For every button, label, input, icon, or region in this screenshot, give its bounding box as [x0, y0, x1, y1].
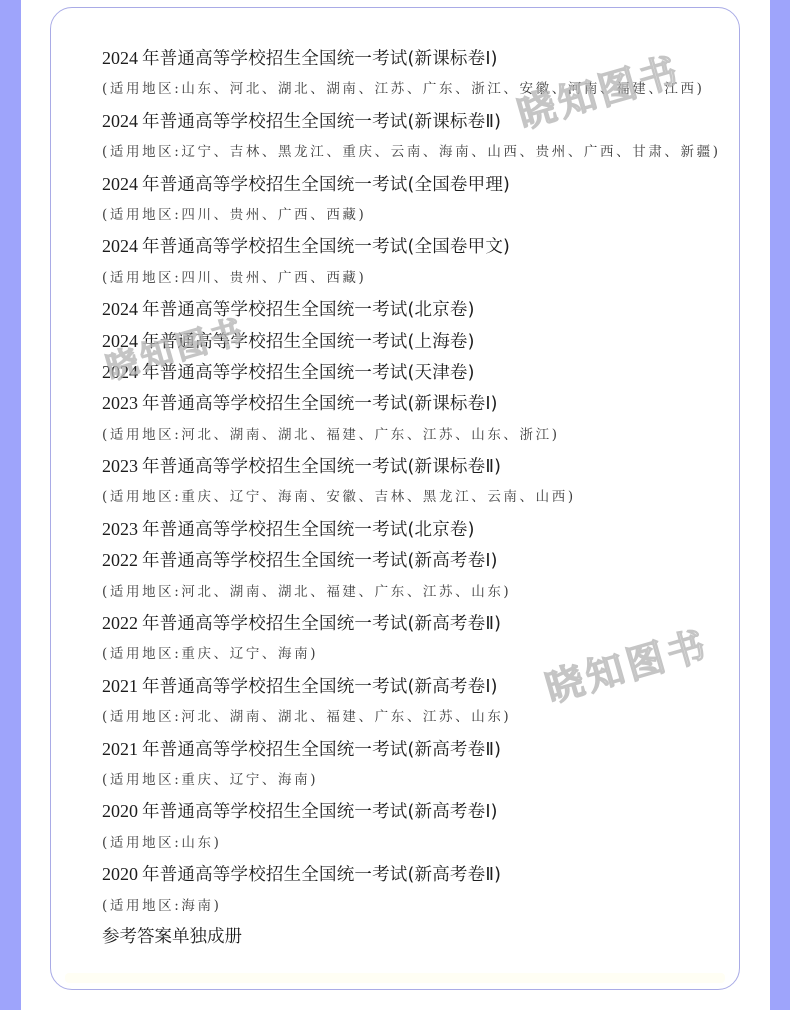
exam-title: 2024年普通高等学校招生全国统一考试(北京卷) — [102, 294, 722, 325]
exam-region: (适用地区:重庆、辽宁、海南、安徽、吉林、黑龙江、云南、山西) — [102, 482, 722, 513]
exam-name: 年普通高等学校招生全国统一考试(新高考卷Ⅱ) — [142, 614, 501, 634]
right-side-band — [770, 0, 790, 1010]
exam-year: 2024 — [102, 111, 138, 131]
left-side-band — [0, 0, 21, 1010]
exam-region: (适用地区:四川、贵州、广西、西藏) — [102, 263, 722, 294]
exam-year: 2022 — [102, 550, 138, 570]
exam-title: 2024年普通高等学校招生全国统一考试(上海卷) — [102, 326, 722, 357]
exam-name: 年普通高等学校招生全国统一考试(新高考卷Ⅱ) — [142, 740, 501, 760]
exam-year: 2021 — [102, 739, 138, 759]
exam-year: 2020 — [102, 864, 138, 884]
exam-region: (适用地区:海南) — [102, 891, 722, 922]
exam-name: 年普通高等学校招生全国统一考试(新高考卷Ⅱ) — [142, 865, 501, 885]
exam-name: 年普通高等学校招生全国统一考试(全国卷甲理) — [142, 175, 510, 195]
exam-title: 2021年普通高等学校招生全国统一考试(新高考卷Ⅱ) — [102, 734, 722, 765]
exam-title: 2021年普通高等学校招生全国统一考试(新高考卷Ⅰ) — [102, 671, 722, 702]
exam-region: (适用地区:山东) — [102, 828, 722, 859]
exam-title: 2022年普通高等学校招生全国统一考试(新高考卷Ⅰ) — [102, 545, 722, 576]
exam-name: 年普通高等学校招生全国统一考试(北京卷) — [142, 520, 475, 540]
exam-year: 2023 — [102, 519, 138, 539]
exam-title: 2024年普通高等学校招生全国统一考试(全国卷甲理) — [102, 169, 722, 200]
exam-title: 2022年普通高等学校招生全国统一考试(新高考卷Ⅱ) — [102, 608, 722, 639]
exam-year: 2022 — [102, 613, 138, 633]
exam-region: (适用地区:四川、贵州、广西、西藏) — [102, 200, 722, 231]
exam-list: 2024年普通高等学校招生全国统一考试(新课标卷Ⅰ) (适用地区:山东、河北、湖… — [102, 43, 722, 953]
exam-name: 年普通高等学校招生全国统一考试(新课标卷Ⅱ) — [142, 457, 501, 477]
exam-name: 年普通高等学校招生全国统一考试(北京卷) — [142, 300, 475, 320]
exam-name: 年普通高等学校招生全国统一考试(新高考卷Ⅰ) — [142, 677, 498, 697]
exam-year: 2024 — [102, 299, 138, 319]
exam-title: 2024年普通高等学校招生全国统一考试(全国卷甲文) — [102, 231, 722, 262]
exam-name: 年普通高等学校招生全国统一考试(新高考卷Ⅰ) — [142, 802, 498, 822]
exam-year: 2023 — [102, 393, 138, 413]
exam-region: (适用地区:山东、河北、湖北、湖南、江苏、广东、浙江、安徽、河南、福建、江西) — [102, 74, 722, 105]
exam-title: 2023年普通高等学校招生全国统一考试(北京卷) — [102, 514, 722, 545]
answer-booklet-note: 参考答案单独成册 — [102, 922, 722, 953]
exam-region: (适用地区:辽宁、吉林、黑龙江、重庆、云南、海南、山西、贵州、广西、甘肃、新疆) — [102, 137, 722, 168]
exam-name: 年普通高等学校招生全国统一考试(天津卷) — [142, 363, 475, 383]
exam-title: 2024年普通高等学校招生全国统一考试(新课标卷Ⅰ) — [102, 43, 722, 74]
exam-region: (适用地区:重庆、辽宁、海南) — [102, 765, 722, 796]
card-bottom-tint — [65, 973, 725, 983]
exam-name: 年普通高等学校招生全国统一考试(新课标卷Ⅱ) — [142, 112, 501, 132]
exam-region: (适用地区:河北、湖南、湖北、福建、广东、江苏、山东) — [102, 577, 722, 608]
exam-year: 2020 — [102, 801, 138, 821]
exam-title: 2024年普通高等学校招生全国统一考试(新课标卷Ⅱ) — [102, 106, 722, 137]
exam-name: 年普通高等学校招生全国统一考试(新课标卷Ⅰ) — [142, 394, 498, 414]
exam-year: 2024 — [102, 174, 138, 194]
exam-title: 2024年普通高等学校招生全国统一考试(天津卷) — [102, 357, 722, 388]
exam-region: (适用地区:河北、湖南、湖北、福建、广东、江苏、山东) — [102, 702, 722, 733]
exam-year: 2021 — [102, 676, 138, 696]
exam-name: 年普通高等学校招生全国统一考试(全国卷甲文) — [142, 237, 510, 257]
exam-name: 年普通高等学校招生全国统一考试(新高考卷Ⅰ) — [142, 551, 498, 571]
exam-year: 2024 — [102, 48, 138, 68]
exam-name: 年普通高等学校招生全国统一考试(上海卷) — [142, 332, 475, 352]
exam-name: 年普通高等学校招生全国统一考试(新课标卷Ⅰ) — [142, 49, 498, 69]
exam-region: (适用地区:重庆、辽宁、海南) — [102, 639, 722, 670]
exam-year: 2023 — [102, 456, 138, 476]
exam-region: (适用地区:河北、湖南、湖北、福建、广东、江苏、山东、浙江) — [102, 420, 722, 451]
exam-year: 2024 — [102, 236, 138, 256]
exam-year: 2024 — [102, 362, 138, 382]
exam-title: 2023年普通高等学校招生全国统一考试(新课标卷Ⅱ) — [102, 451, 722, 482]
exam-title: 2020年普通高等学校招生全国统一考试(新高考卷Ⅱ) — [102, 859, 722, 890]
exam-year: 2024 — [102, 331, 138, 351]
exam-title: 2020年普通高等学校招生全国统一考试(新高考卷Ⅰ) — [102, 796, 722, 827]
exam-title: 2023年普通高等学校招生全国统一考试(新课标卷Ⅰ) — [102, 388, 722, 419]
